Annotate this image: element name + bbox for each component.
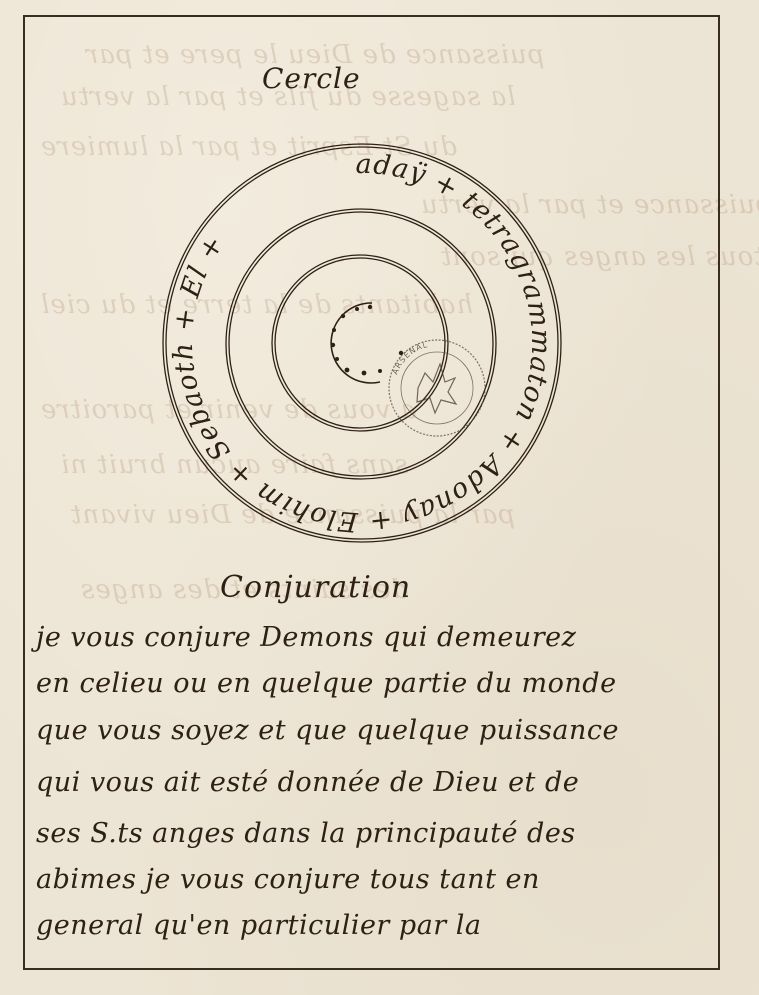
conjuration-line: ses S.ts anges dans la principauté des <box>36 818 576 849</box>
conjuration-line: je vous conjure Demons qui demeurez <box>36 622 576 653</box>
conjuration-line: qui vous ait esté donnée de Dieu et de <box>36 767 579 798</box>
library-stamp-icon: ARSENAL <box>389 340 485 436</box>
heading-conjuration: Conjuration <box>220 570 411 605</box>
svg-text:ARSENAL: ARSENAL <box>390 340 429 376</box>
conjuration-line: abimes je vous conjure tous tant en <box>36 864 540 895</box>
concentric-rings <box>163 144 561 542</box>
star-icon <box>417 364 456 413</box>
conjuration-line: en celieu ou en quelque partie du monde <box>36 668 617 699</box>
conjuration-line: que vous soyez et que quelque puissance <box>36 715 619 746</box>
conjuration-line: general qu'en particulier par la <box>36 910 482 941</box>
